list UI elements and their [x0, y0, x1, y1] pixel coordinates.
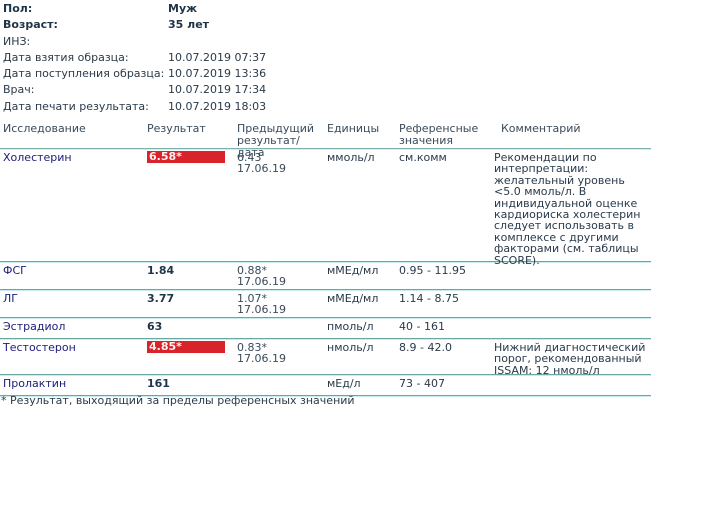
units: мЕд/л — [327, 378, 361, 389]
flagged-result: 6.58* — [147, 151, 225, 163]
flagged-result: 4.85* — [147, 341, 225, 353]
reference-range: 73 - 407 — [399, 378, 445, 389]
info-row-received-date: Дата поступления образца:10.07.2019 13:3… — [3, 66, 403, 82]
result-value: 63 — [147, 321, 162, 332]
test-name: Пролактин — [3, 378, 66, 389]
previous-date: 17.06.19 — [237, 276, 286, 287]
info-label: Возраст: — [3, 17, 58, 33]
units: мМЕд/мл — [327, 293, 378, 304]
table-row: Эстрадиол63пмоль/л40 - 161 — [0, 318, 651, 339]
info-value: 10.07.2019 13:36 — [168, 66, 266, 82]
info-label: Пол: — [3, 1, 32, 17]
info-value: 10.07.2019 18:03 — [168, 99, 266, 115]
units: мМЕд/мл — [327, 265, 378, 276]
info-row-doctor: Врач:10.07.2019 17:34 — [3, 82, 403, 98]
results-table: Исследование Результат Предыдущий резуль… — [0, 121, 651, 396]
test-name: ФСГ — [3, 265, 27, 276]
table-row: Тестостерон4.85*0.83*17.06.19нмоль/л8.9 … — [0, 339, 651, 375]
info-row-sample-date: Дата взятия образца:10.07.2019 07:37 — [3, 50, 403, 66]
reference-range: 1.14 - 8.75 — [399, 293, 459, 304]
units: пмоль/л — [327, 321, 373, 332]
reference-range: 0.95 - 11.95 — [399, 265, 466, 276]
info-label: ИНЗ: — [3, 34, 30, 50]
test-name: Тестостерон — [3, 342, 76, 353]
test-name: Холестерин — [3, 152, 72, 163]
previous-result: 6.4317.06.19 — [237, 152, 286, 175]
table-row: Пролактин161мЕд/л73 - 407 — [0, 375, 651, 396]
footnote: * Результат, выходящий за пределы рефере… — [1, 394, 355, 407]
previous-result: 0.83*17.06.19 — [237, 342, 286, 365]
info-label: Врач: — [3, 82, 34, 98]
previous-result: 0.88*17.06.19 — [237, 265, 286, 288]
info-row-age: Возраст:35 лет — [3, 17, 403, 33]
reference-range: см.комм — [399, 152, 447, 163]
comment: Нижний диагностический порог, рекомендов… — [494, 342, 649, 376]
info-label: Дата печати результата: — [3, 99, 149, 115]
info-row-inz: ИНЗ: — [3, 34, 403, 50]
header-test: Исследование — [3, 123, 86, 135]
test-name: ЛГ — [3, 293, 18, 304]
units: ммоль/л — [327, 152, 375, 163]
result-value: 1.84 — [147, 265, 174, 276]
patient-info: Пол:Муж Возраст:35 лет ИНЗ: Дата взятия … — [3, 1, 403, 115]
table-row: Холестерин6.58*6.4317.06.19ммоль/лсм.ком… — [0, 149, 651, 262]
info-value: 10.07.2019 17:34 — [168, 82, 266, 98]
info-value: Муж — [168, 1, 197, 17]
info-row-print-date: Дата печати результата:10.07.2019 18:03 — [3, 99, 403, 115]
units: нмоль/л — [327, 342, 373, 353]
comment: Рекомендации по интерпретации: желательн… — [494, 152, 649, 266]
info-value: 10.07.2019 07:37 — [168, 50, 266, 66]
header-reference: Референсные значения — [399, 123, 484, 147]
info-row-sex: Пол:Муж — [3, 1, 403, 17]
header-units: Единицы — [327, 123, 379, 135]
previous-date: 17.06.19 — [237, 163, 286, 174]
reference-range: 8.9 - 42.0 — [399, 342, 452, 353]
header-comment: Комментарий — [501, 123, 656, 135]
reference-range: 40 - 161 — [399, 321, 445, 332]
result-value: 3.77 — [147, 293, 174, 304]
table-row: ФСГ1.840.88*17.06.19мМЕд/мл0.95 - 11.95 — [0, 262, 651, 290]
table-header: Исследование Результат Предыдущий резуль… — [0, 121, 651, 149]
table-row: ЛГ3.771.07*17.06.19мМЕд/мл1.14 - 8.75 — [0, 290, 651, 318]
previous-date: 17.06.19 — [237, 353, 286, 364]
info-label: Дата поступления образца: — [3, 66, 164, 82]
info-label: Дата взятия образца: — [3, 50, 129, 66]
test-name: Эстрадиол — [3, 321, 65, 332]
previous-date: 17.06.19 — [237, 304, 286, 315]
result-value: 161 — [147, 378, 170, 389]
header-result: Результат — [147, 123, 206, 135]
info-value: 35 лет — [168, 17, 209, 33]
previous-result: 1.07*17.06.19 — [237, 293, 286, 316]
